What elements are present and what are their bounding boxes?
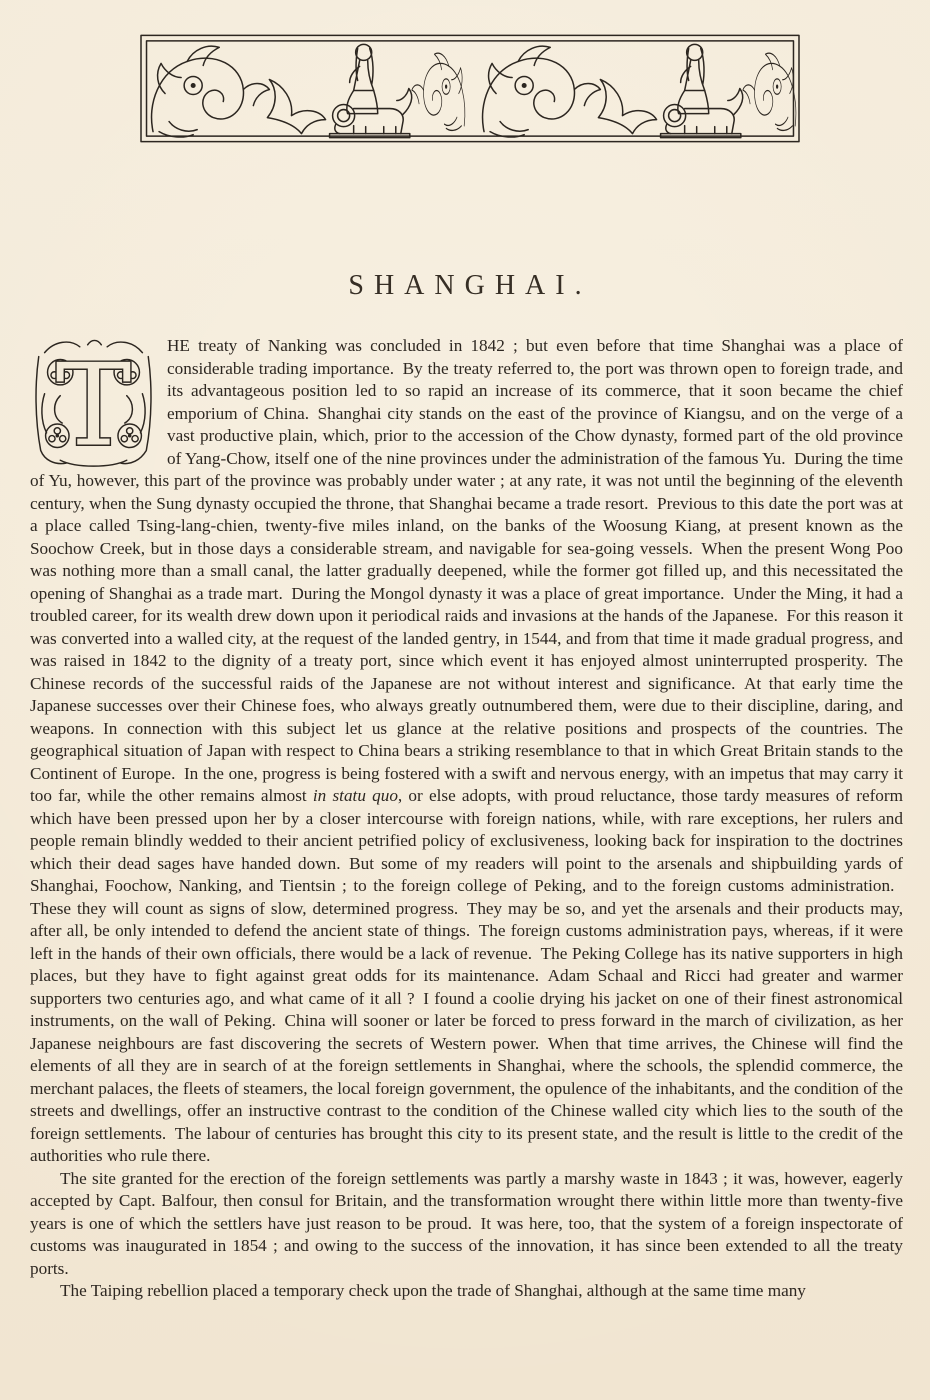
body-text: T HE treaty of Nanking was concluded in … — [30, 335, 903, 1303]
text-segment: The site granted for the erection of the… — [30, 1169, 903, 1278]
paragraph: The Taiping rebellion placed a temporary… — [30, 1280, 903, 1303]
drop-cap-initial: T — [30, 337, 157, 470]
text-segment-italic: in statu quo — [313, 786, 398, 805]
text-segment: HE treaty of Nanking was concluded in 18… — [30, 336, 903, 805]
paragraph: The site granted for the erection of the… — [30, 1168, 903, 1281]
text-segment: The Taiping rebellion placed a temporary… — [60, 1281, 806, 1300]
text-segment: , or else adopts, with proud reluctance,… — [30, 786, 903, 1165]
drop-cap-letter: T — [56, 340, 132, 470]
book-page: SHANGHAI. T HE treaty of Nanking was con… — [0, 0, 930, 1400]
paragraph: T HE treaty of Nanking was concluded in … — [30, 335, 903, 1168]
headpiece-ornament — [139, 33, 801, 144]
page-title: SHANGHAI. — [0, 270, 930, 302]
